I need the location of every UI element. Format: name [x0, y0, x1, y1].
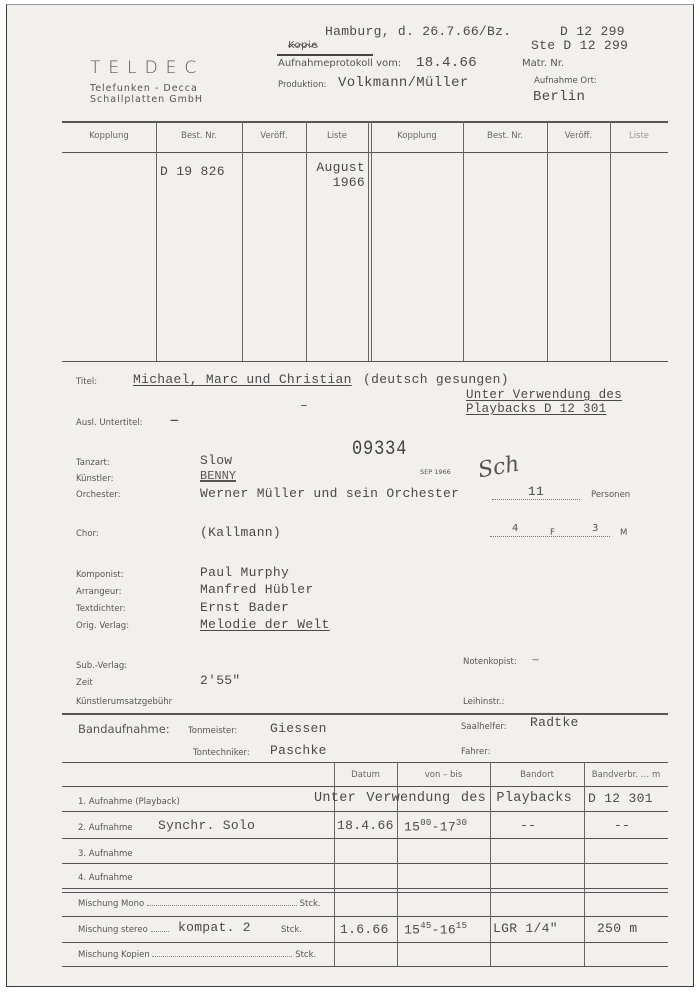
choir-label: Chor: — [76, 529, 99, 539]
row-stereo-time: 1545-1615 — [404, 921, 467, 937]
col-header-datum: Datum — [334, 770, 397, 780]
choir-value: (Kallmann) — [200, 525, 281, 540]
col-header-best-nr-1: Best. Nr. — [156, 131, 242, 141]
col-header-liste-1: Liste — [306, 131, 368, 141]
list-month: August — [309, 160, 365, 175]
rental-label: Leihinstr.: — [463, 697, 504, 707]
row-2-bandort: -- — [520, 818, 536, 833]
composer-label: Komponist: — [76, 570, 124, 580]
row-label-3: 3. Aufnahme — [78, 849, 133, 859]
choir-female-label: F — [550, 528, 555, 538]
title-note: (deutsch gesungen) — [363, 372, 509, 387]
company-logo: TELDEC — [90, 58, 204, 78]
matrix-number-2: Ste D 12 299 — [531, 38, 628, 53]
fee-label: Künstlerumsatzgebühr — [76, 697, 172, 707]
col-header-kopplung-1: Kopplung — [62, 131, 156, 141]
hall-label: Saalhelfer: — [461, 722, 507, 732]
order-number: D 19 826 — [160, 164, 225, 179]
copyist-value: --- — [532, 655, 538, 665]
dash: – — [300, 398, 308, 413]
tape-section-label: Bandaufnahme: — [78, 722, 170, 736]
stamp-number: 09334 — [352, 438, 407, 461]
row-label-stereo: Mischung stereo — [78, 925, 169, 935]
col-header-veroeff-1: Veröff. — [242, 131, 306, 141]
row-label-copies: Mischung Kopien Stck. — [78, 950, 316, 960]
lyricist-label: Textdichter: — [76, 604, 126, 614]
usage-note-2: Playbacks D 12 301 — [466, 402, 606, 416]
row-label-2: 2. Aufnahme — [78, 823, 133, 833]
col-header-von-bis: von – bis — [397, 770, 490, 780]
col-header-bandort: Bandort — [490, 770, 584, 780]
row-stereo-bandverbr: 250 m — [597, 921, 638, 936]
orchestra-value: Werner Müller und sein Orchester — [200, 486, 459, 501]
publisher-label: Orig. Verlag: — [76, 621, 129, 631]
struck-out-text: Kopie — [288, 40, 318, 51]
row-2-extra: Synchr. Solo — [158, 818, 255, 833]
row-stereo-suffix: Stck. — [281, 925, 302, 935]
row-1-bandverbr: D 12 301 — [588, 791, 653, 806]
subtitle-value: --- — [170, 416, 178, 426]
choir-female-count: 4 — [512, 523, 518, 534]
copyist-label: Notenkopist: — [463, 657, 517, 667]
subpublisher-label: Sub.-Verlag: — [76, 661, 127, 671]
production-label: Produktion: — [278, 80, 326, 90]
title-label: Titel: — [76, 377, 97, 387]
struck-underline — [277, 54, 373, 56]
technician-value: Paschke — [270, 743, 327, 758]
row-label-1: 1. Aufnahme (Playback) — [78, 797, 180, 807]
matrix-number-1: D 12 299 — [560, 24, 625, 39]
row-stereo-bandort: LGR 1/4" — [493, 921, 558, 936]
dance-label: Tanzart: — [76, 458, 110, 468]
choir-male-label: M — [620, 528, 627, 538]
engineer-label: Tonmeister: — [188, 726, 237, 736]
persons-label: Personen — [591, 490, 630, 500]
arranger-value: Manfred Hübler — [200, 582, 313, 597]
subtitle-label: Ausl. Untertitel: — [76, 418, 143, 428]
protocol-date: 18.4.66 — [416, 55, 477, 71]
row-2-time: 1500-1730 — [404, 818, 467, 834]
col-header-best-nr-2: Best. Nr. — [463, 131, 547, 141]
col-header-kopplung-2: Kopplung — [371, 131, 463, 141]
protocol-label: Aufnahmeprotokoll vom: — [278, 58, 401, 69]
composer-value: Paul Murphy — [200, 565, 289, 580]
orchestra-label: Orchester: — [76, 490, 121, 500]
row-2-datum: 18.4.66 — [337, 818, 394, 833]
title-value: Michael, Marc und Christian — [133, 372, 352, 387]
artist-value: BENNY — [200, 469, 236, 483]
row-stereo-datum: 1.6.66 — [340, 922, 389, 937]
company-subtitle-2: Schallplatten GmbH — [90, 94, 203, 105]
place-date: Hamburg, d. 26.7.66/Bz. — [325, 24, 511, 39]
col-header-liste-2: Liste — [610, 131, 668, 141]
arranger-label: Arrangeur: — [76, 587, 121, 597]
hall-value: Radtke — [530, 715, 579, 730]
row-2-bandverbr: -- — [614, 818, 630, 833]
list-year: 1966 — [309, 175, 365, 190]
driver-label: Fahrer: — [461, 747, 490, 757]
artist-label: Künstler: — [76, 474, 114, 484]
time-value: 2'55" — [200, 673, 241, 688]
technician-label: Tontechniker: — [193, 748, 250, 758]
col-header-veroeff-2: Veröff. — [547, 131, 610, 141]
publisher-value: Melodie der Welt — [200, 617, 330, 632]
choir-male-count: 3 — [592, 523, 598, 534]
matr-label: Matr. Nr. — [522, 58, 564, 69]
lyricist-value: Ernst Bader — [200, 600, 289, 615]
row-label-4: 4. Aufnahme — [78, 873, 133, 883]
time-label: Zeit — [76, 678, 93, 688]
row-label-mono: Mischung Mono Stck. — [78, 899, 321, 909]
location-label: Aufnahme Ort: — [534, 76, 597, 86]
col-header-bandverbr: Bandverbr. … m — [584, 770, 668, 780]
row-stereo-extra: kompat. 2 — [178, 920, 251, 935]
engineer-value: Giessen — [270, 721, 327, 736]
persons-count: 11 — [492, 484, 580, 500]
date-stamp: SEP 1966 — [420, 468, 451, 476]
company-subtitle-1: Telefunken - Decca — [90, 83, 198, 94]
usage-note-1: Unter Verwendung des — [466, 388, 622, 402]
production-value: Volkmann/Müller — [338, 75, 469, 91]
dance-value: Slow — [200, 453, 232, 468]
row-1-span-note: Unter Verwendung des Playbacks — [314, 791, 572, 806]
location-value: Berlin — [533, 89, 585, 105]
